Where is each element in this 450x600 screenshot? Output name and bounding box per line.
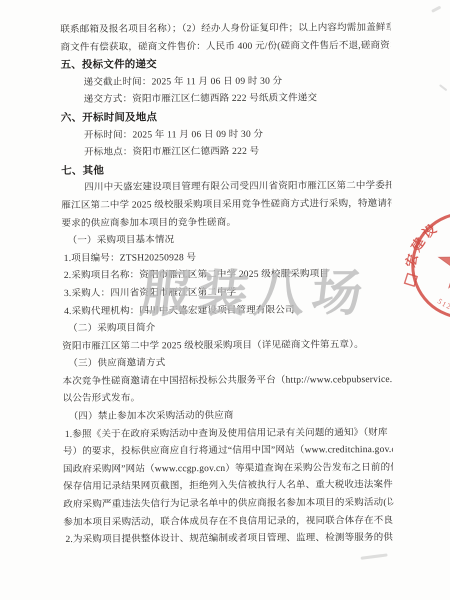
subsection4-line: 参加本项目采购活动，联合体成员存在不良信用记录的，视同联合体存在不良信用记录）。 xyxy=(63,513,393,533)
subsection2-heading: （二）采购项目简介 xyxy=(62,319,392,339)
subsection4-line: 保存信用记录结果网页截图，拒绝列入失信被执行人名单、重大税收违法案件当事人名单、 xyxy=(63,477,393,497)
subsection3-heading: （三）供应商邀请方式 xyxy=(62,354,392,374)
scan-smudge xyxy=(439,84,447,91)
subsection4-line: 政府采购严重违法失信行为记录名单中的供应商报名参加本项目的采购活动(以联合体形式 xyxy=(63,495,393,515)
subsection1-heading: （一）采购项目基本情况 xyxy=(62,231,392,251)
subsection3-line: 以公告形式发布。 xyxy=(63,389,393,409)
section6-heading: 六、开标时间及地点 xyxy=(61,108,391,128)
subsection3-line: 本次竞争性磋商邀请在中国招标投标公共服务平台（http://www.cebpub… xyxy=(62,372,392,392)
project-number-line: 1.项目编号：ZTSH20250928 号 xyxy=(62,249,392,269)
scan-smudge xyxy=(361,553,388,559)
intro-line: 联系邮箱及报名项目名称）；（2）经办人身份证复印件；以上内容均需加盖鲜章，本项目… xyxy=(60,20,390,40)
document-content: 联系邮箱及报名项目名称）；（2）经办人身份证复印件；以上内容均需加盖鲜章，本项目… xyxy=(60,20,393,550)
scan-tilt-wrapper: 联系邮箱及报名项目名称）；（2）经办人身份证复印件；以上内容均需加盖鲜章，本项目… xyxy=(0,0,450,600)
section7-heading: 七、其他 xyxy=(61,161,391,181)
section7-intro-line: 要求的供应商参加本项目的竞争性磋商。 xyxy=(61,214,391,234)
section6-line: 开标地点：资阳市雁江区仁德西路 222 号 xyxy=(61,143,391,163)
scanned-document-page: 联系邮箱及报名项目名称）；（2）经办人身份证复印件；以上内容均需加盖鲜章，本项目… xyxy=(0,0,450,600)
section5-heading: 五、投标文件的递交 xyxy=(61,55,391,75)
subsection4-line: 2.为采购项目提供整体设计、规范编制或者项目管理、监理、检测等服务的供应商，不得… xyxy=(63,530,393,550)
seal-ring-text: 宏建设 xyxy=(402,219,441,269)
section7-intro-line: 雁江区第二中学 2025 级校服采购项目采用竞争性磋商方式进行采购，特邀请符合本… xyxy=(61,196,391,216)
svg-text:宏建设: 宏建设 xyxy=(402,219,441,269)
scan-smudge xyxy=(431,6,441,13)
section6-line: 开标时间：2025 年 11 月 06 日 09 时 30 分 xyxy=(61,126,391,146)
subsection2-line: 资阳市雁江区第二中学 2025 级校服采购项目（详见磋商文件第五章）。 xyxy=(62,337,392,357)
purchaser-line: 3.采购人：四川省资阳市雁江区第二中学 xyxy=(62,284,392,304)
subsection4-line: 1.参照《关于在政府采购活动中查询及使用信用记录有关问题的通知》（财库〔2016… xyxy=(63,425,393,445)
section5-line: 递交截止时间：2025 年 11 月 06 日 09 时 30 分 xyxy=(61,73,391,93)
subsection4-heading: （四）禁止参加本次采购活动的供应商 xyxy=(63,407,393,427)
agency-line: 4.采购代理机构：四川中天盛宏建设项目管理有限公司 xyxy=(62,301,392,321)
intro-line: 商文件有偿获取，磋商文件售价：人民币 400 元/份(磋商文件售后不退,磋商资格… xyxy=(60,38,390,58)
company-seal-stamp: 宏建设 5120 xyxy=(401,202,450,333)
subsection4-line: 国政府采购网”网站（www.ccgp.gov.cn）等渠道查询在采购公告发布之日… xyxy=(63,460,393,480)
section7-intro-line: 四川中天盛宏建设项目管理有限公司受四川省资阳市雁江区第二中学委托，拟对资阳市 xyxy=(61,178,391,198)
section5-line: 递交方式：资阳市雁江区仁德西路 222 号纸质文件递交 xyxy=(61,90,391,110)
subsection4-line: 号）的要求，投标供应商应自行将通过“信用中国”网站（www.creditchin… xyxy=(63,442,393,462)
project-name-line: 2.采购项目名称：资阳市雁江区第二中学 2025 级校服采购项目 xyxy=(62,266,392,286)
seal-star-icon xyxy=(439,238,450,287)
